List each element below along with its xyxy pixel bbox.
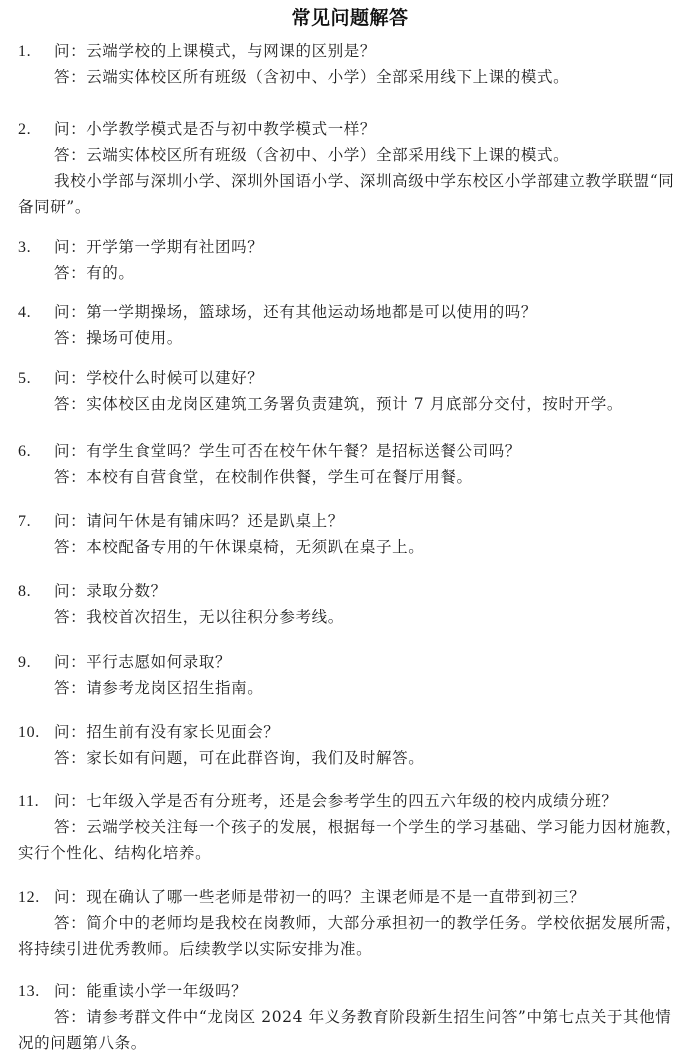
faq-item-8: 8.问：录取分数？ 答：我校首次招生，无以往积分参考线。 — [18, 578, 688, 630]
faq-item-5: 5.问：学校什么时候可以建好？ 答：实体校区由龙岗区建筑工务署负责建筑，预计 7… — [18, 365, 688, 417]
item-number: 13. — [18, 979, 54, 1005]
item-number: 8. — [18, 579, 54, 605]
answer-text: 答：我校首次招生，无以往积分参考线。 — [54, 608, 344, 626]
question-line: 7.问：请问午休是有铺床吗？还是趴桌上？ — [18, 508, 688, 534]
faq-item-2: 2.问：小学教学模式是否与初中教学模式一样？ 答：云端实体校区所有班级（含初中、… — [18, 116, 688, 220]
answer-line: 答：请参考龙岗区招生指南。 — [18, 675, 688, 701]
item-number: 1. — [18, 39, 54, 65]
answer-text: 答：实体校区由龙岗区建筑工务署负责建筑，预计 7 月底部分交付，按时开学。 — [54, 395, 623, 413]
answer-extra-paragraph: 我校小学部与深圳小学、深圳外国语小学、深圳高级中学东校区小学部建立教学联盟“同备… — [18, 168, 683, 220]
question-text: 问：学校什么时候可以建好？ — [54, 369, 263, 387]
answer-line: 答：实体校区由龙岗区建筑工务署负责建筑，预计 7 月底部分交付，按时开学。 — [18, 391, 688, 417]
item-number: 12. — [18, 885, 54, 911]
question-line: 9.问：平行志愿如何录取？ — [18, 649, 688, 675]
question-text: 问：录取分数？ — [54, 582, 167, 600]
question-line: 4.问：第一学期操场，篮球场，还有其他运动场地都是可以使用的吗？ — [18, 299, 688, 325]
question-text: 问：第一学期操场，篮球场，还有其他运动场地都是可以使用的吗？ — [54, 303, 537, 321]
item-number: 9. — [18, 650, 54, 676]
item-number: 5. — [18, 366, 54, 392]
item-number: 11. — [18, 789, 54, 815]
answer-line: 答：家长如有问题，可在此群咨询，我们及时解答。 — [18, 745, 688, 771]
question-line: 3.问：开学第一学期有社团吗？ — [18, 234, 688, 260]
item-number: 6. — [18, 439, 54, 465]
faq-item-6: 6.问：有学生食堂吗？学生可否在校午休午餐？是招标送餐公司吗？ 答：本校有自营食… — [18, 438, 688, 490]
faq-item-11: 11.问：七年级入学是否有分班考，还是会参考学生的四五六年级的校内成绩分班？ 答… — [18, 788, 688, 866]
faq-item-7: 7.问：请问午休是有铺床吗？还是趴桌上？ 答：本校配备专用的午休课桌椅，无须趴在… — [18, 508, 688, 560]
answer-text: 答：请参考龙岗区招生指南。 — [54, 679, 263, 697]
faq-item-9: 9.问：平行志愿如何录取？ 答：请参考龙岗区招生指南。 — [18, 649, 688, 701]
answer-line: 答：云端实体校区所有班级（含初中、小学）全部采用线下上课的模式。 — [18, 142, 688, 168]
answer-line: 答：云端实体校区所有班级（含初中、小学）全部采用线下上课的模式。 — [18, 64, 688, 90]
question-text: 问：小学教学模式是否与初中教学模式一样？ — [54, 120, 376, 138]
question-text: 问：七年级入学是否有分班考，还是会参考学生的四五六年级的校内成绩分班？ — [54, 792, 618, 810]
answer-text: 答：请参考群文件中“龙岗区 2024 年义务教育阶段新生招生问答”中第七点关于其… — [18, 1004, 683, 1056]
answer-text: 答：本校有自营食堂，在校制作供餐，学生可在餐厅用餐。 — [54, 468, 473, 486]
question-text: 问：招生前有没有家长见面会？ — [54, 723, 279, 741]
faq-item-10: 10.问：招生前有没有家长见面会？ 答：家长如有问题，可在此群咨询，我们及时解答… — [18, 719, 688, 771]
answer-line: 答：有的。 — [18, 260, 688, 286]
answer-line: 答：本校配备专用的午休课桌椅，无须趴在桌子上。 — [18, 534, 688, 560]
faq-item-4: 4.问：第一学期操场，篮球场，还有其他运动场地都是可以使用的吗？ 答：操场可使用… — [18, 299, 688, 351]
item-number: 4. — [18, 300, 54, 326]
question-line: 6.问：有学生食堂吗？学生可否在校午休午餐？是招标送餐公司吗？ — [18, 438, 688, 464]
question-line: 13.问：能重读小学一年级吗？ — [18, 978, 688, 1004]
answer-text: 答：操场可使用。 — [54, 329, 183, 347]
faq-document: 常见问题解答 1.问：云端学校的上课模式，与网课的区别是？ 答：云端实体校区所有… — [0, 0, 700, 1061]
question-line: 2.问：小学教学模式是否与初中教学模式一样？ — [18, 116, 688, 142]
question-text: 问：云端学校的上课模式，与网课的区别是？ — [54, 42, 376, 60]
question-line: 11.问：七年级入学是否有分班考，还是会参考学生的四五六年级的校内成绩分班？ — [18, 788, 688, 814]
question-text: 问：能重读小学一年级吗？ — [54, 982, 247, 1000]
answer-line: 答：本校有自营食堂，在校制作供餐，学生可在餐厅用餐。 — [18, 464, 688, 490]
answer-text: 答：有的。 — [54, 264, 135, 282]
answer-line: 答：操场可使用。 — [18, 325, 688, 351]
question-text: 问：平行志愿如何录取？ — [54, 653, 231, 671]
answer-line: 答：我校首次招生，无以往积分参考线。 — [18, 604, 688, 630]
faq-item-1: 1.问：云端学校的上课模式，与网课的区别是？ 答：云端实体校区所有班级（含初中、… — [18, 38, 688, 90]
question-line: 8.问：录取分数？ — [18, 578, 688, 604]
answer-text: 答：本校配备专用的午休课桌椅，无须趴在桌子上。 — [54, 538, 424, 556]
question-line: 5.问：学校什么时候可以建好？ — [18, 365, 688, 391]
item-number: 2. — [18, 117, 54, 143]
page-title: 常见问题解答 — [0, 4, 700, 32]
answer-text: 答：云端实体校区所有班级（含初中、小学）全部采用线下上课的模式。 — [54, 146, 569, 164]
question-text: 问：开学第一学期有社团吗？ — [54, 238, 263, 256]
question-line: 10.问：招生前有没有家长见面会？ — [18, 719, 688, 745]
item-number: 3. — [18, 235, 54, 261]
question-line: 12.问：现在确认了哪一些老师是带初一的吗？主课老师是不是一直带到初三？ — [18, 884, 688, 910]
faq-item-3: 3.问：开学第一学期有社团吗？ 答：有的。 — [18, 234, 688, 286]
answer-text: 答：简介中的老师均是我校在岗教师，大部分承担初一的教学任务。学校依据发展所需，将… — [18, 910, 683, 962]
question-line: 1.问：云端学校的上课模式，与网课的区别是？ — [18, 38, 688, 64]
question-text: 问：请问午休是有铺床吗？还是趴桌上？ — [54, 512, 344, 530]
answer-text: 答：家长如有问题，可在此群咨询，我们及时解答。 — [54, 749, 424, 767]
answer-text: 答：云端实体校区所有班级（含初中、小学）全部采用线下上课的模式。 — [54, 68, 569, 86]
question-text: 问：有学生食堂吗？学生可否在校午休午餐？是招标送餐公司吗？ — [54, 442, 521, 460]
faq-item-13: 13.问：能重读小学一年级吗？ 答：请参考群文件中“龙岗区 2024 年义务教育… — [18, 978, 688, 1056]
answer-text: 答：云端学校关注每一个孩子的发展，根据每一个学生的学习基础、学习能力因材施教，实… — [18, 814, 683, 866]
question-text: 问：现在确认了哪一些老师是带初一的吗？主课老师是不是一直带到初三？ — [54, 888, 585, 906]
item-number: 7. — [18, 509, 54, 535]
faq-item-12: 12.问：现在确认了哪一些老师是带初一的吗？主课老师是不是一直带到初三？ 答：简… — [18, 884, 688, 962]
item-number: 10. — [18, 720, 54, 746]
